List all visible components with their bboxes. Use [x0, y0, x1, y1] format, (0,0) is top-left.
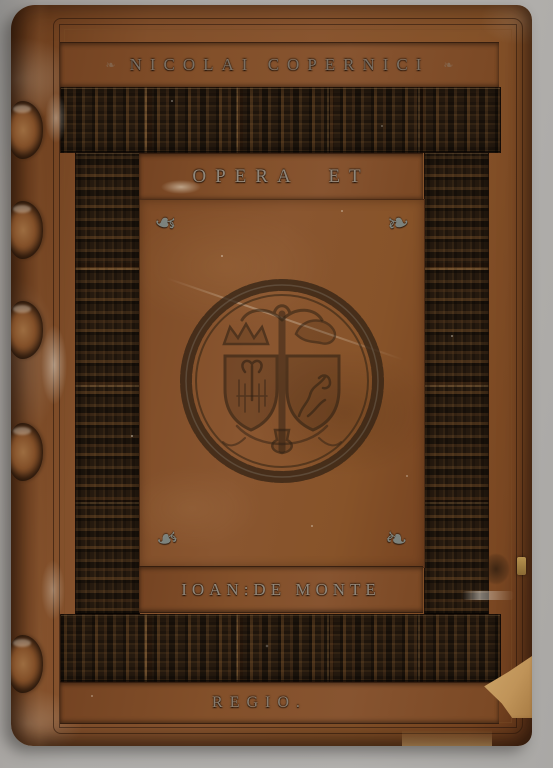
- corner-fleuron-icon: ❧: [383, 524, 410, 555]
- corner-fleuron-icon: ❧: [152, 208, 179, 239]
- band-end-ornament-icon: ❧: [106, 58, 116, 73]
- frieze-bottom: [60, 614, 501, 682]
- spine-raised-band: [11, 101, 43, 159]
- clasp-remnant: [482, 553, 510, 585]
- double-eagle-medallion-icon: [179, 278, 385, 484]
- spine-raised-band: [11, 423, 43, 481]
- arms-medallion: [179, 278, 385, 484]
- spine-raised-band: [11, 201, 43, 259]
- ioan-panel: IOAN:DE MONTE: [139, 566, 423, 613]
- ioan-text: IOAN:DE MONTE: [181, 580, 381, 600]
- photo-background: ❧ NICOLAI COPERNICI ❧ OPERA ET ❧ ❧ ❧ ❧: [0, 0, 553, 768]
- frieze-left: [75, 152, 140, 615]
- frieze-top: [60, 87, 501, 153]
- regio-band: REGIO.: [60, 682, 499, 724]
- spine-raised-band: [11, 635, 43, 693]
- title-top-text: NICOLAI COPERNICI: [130, 55, 430, 75]
- opera-panel: OPERA ET: [139, 153, 423, 201]
- band-end-ornament-icon: ❧: [443, 58, 453, 73]
- title-band-top: ❧ NICOLAI COPERNICI ❧: [60, 42, 499, 88]
- spine-raised-band: [11, 301, 43, 359]
- clasp-brass-pin: [517, 557, 526, 575]
- central-panel: ❧ ❧ ❧ ❧: [139, 199, 425, 568]
- frieze-right: [424, 152, 489, 615]
- surface-speckles: [11, 5, 13, 7]
- abrasion-mark: [462, 591, 514, 600]
- worn-edge-patch: [402, 730, 492, 746]
- book-spine-edge: [11, 5, 49, 746]
- book-cover: ❧ NICOLAI COPERNICI ❧ OPERA ET ❧ ❧ ❧ ❧: [11, 5, 532, 746]
- opera-text: OPERA ET: [192, 166, 369, 188]
- corner-fleuron-icon: ❧: [385, 208, 412, 239]
- regio-text: REGIO.: [212, 694, 307, 712]
- corner-fleuron-icon: ❧: [154, 524, 181, 555]
